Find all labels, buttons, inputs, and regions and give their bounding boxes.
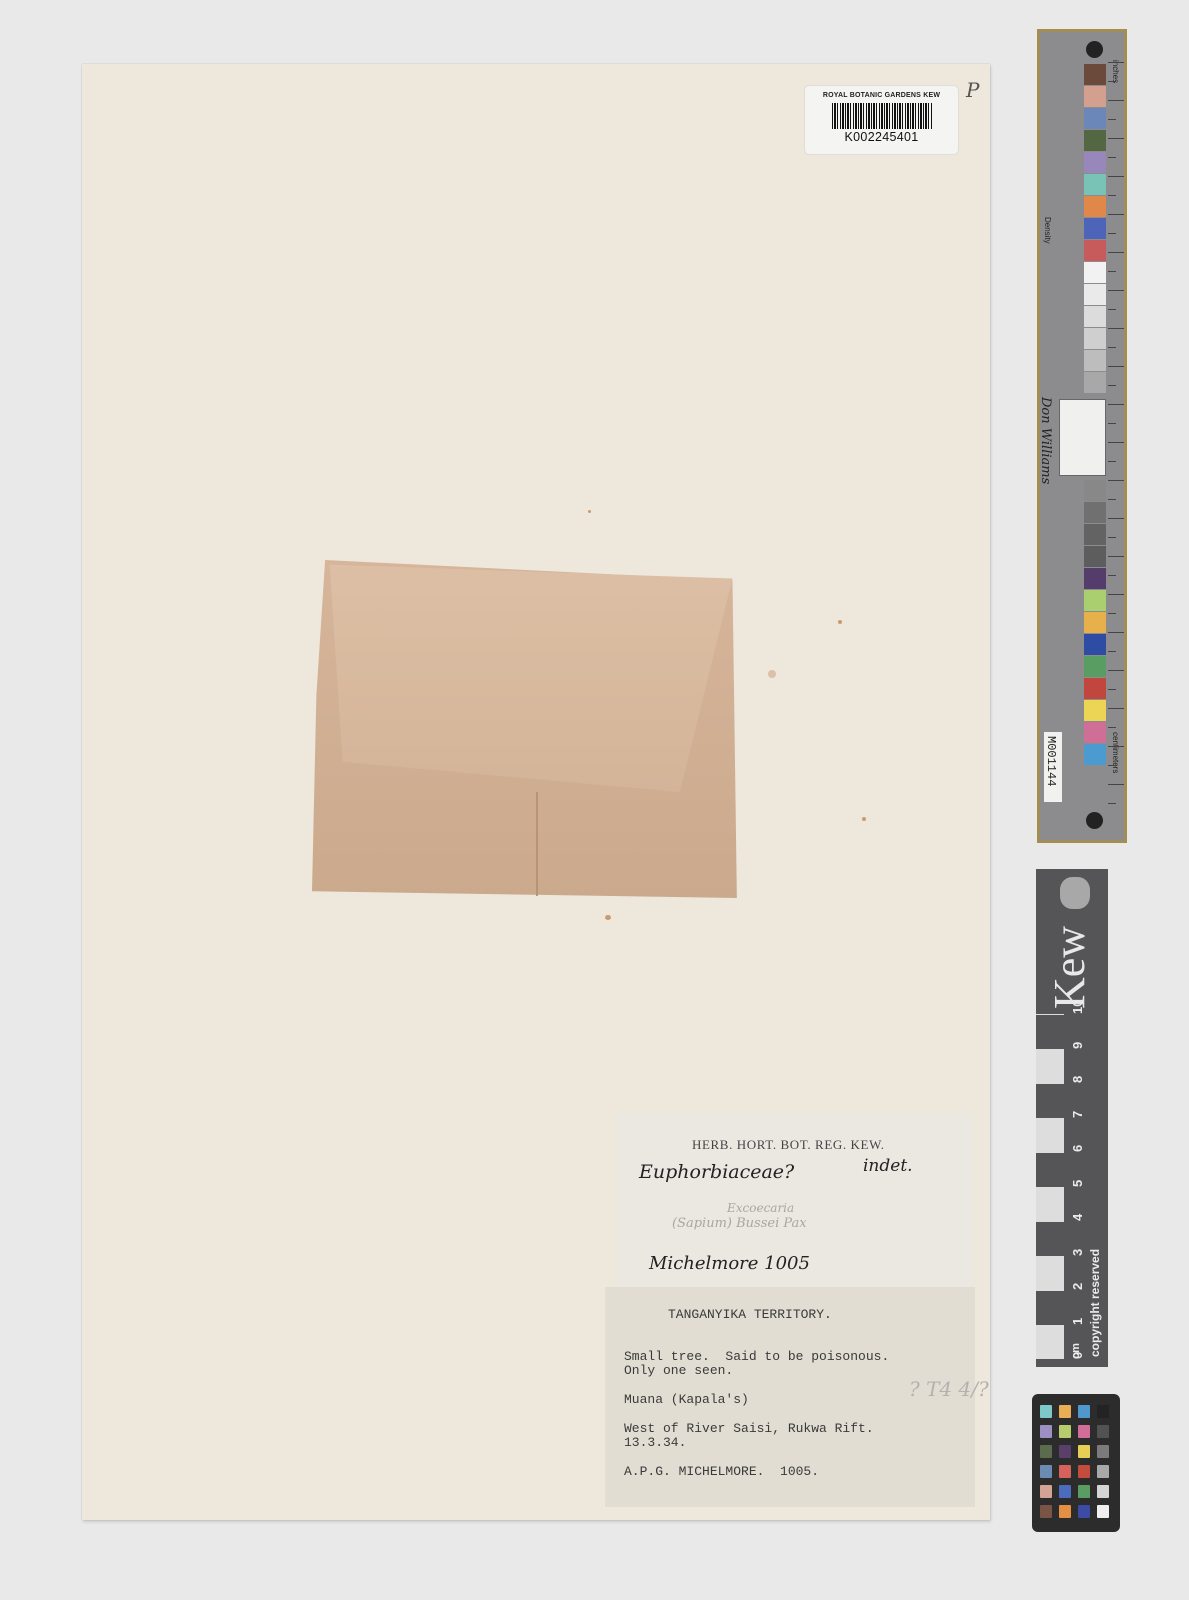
ruler-number: 0 bbox=[1070, 1352, 1085, 1359]
pencil-annotation: ? T4 4/? bbox=[909, 1377, 989, 1401]
determination-label: HERB. HORT. BOT. REG. KEW. Euphorbiaceae… bbox=[617, 1113, 972, 1286]
territory-heading: TANGANYIKA TERRITORY. bbox=[668, 1308, 832, 1322]
previous-name-line2: (Sapium) Bussei Pax bbox=[672, 1216, 807, 1231]
ruler-tick bbox=[1108, 575, 1116, 576]
checker-patch bbox=[1097, 1505, 1109, 1518]
color-swatch bbox=[1084, 634, 1106, 655]
corner-pencil-mark: P bbox=[966, 78, 979, 102]
ruler-segment bbox=[1036, 1049, 1064, 1084]
color-swatch bbox=[1084, 108, 1106, 129]
color-swatch bbox=[1084, 130, 1106, 151]
ruler-tick bbox=[1108, 404, 1124, 405]
color-swatch bbox=[1084, 678, 1106, 699]
ruler-tick bbox=[1108, 195, 1116, 196]
ruler-tick bbox=[1108, 537, 1116, 538]
ruler-number: 2 bbox=[1070, 1283, 1085, 1290]
ruler-tick bbox=[1108, 423, 1116, 424]
strip-hole-icon bbox=[1086, 812, 1103, 829]
stain-speck bbox=[768, 670, 776, 678]
ruler-number: 9 bbox=[1070, 1041, 1085, 1048]
ruler-tick bbox=[1108, 556, 1124, 557]
ruler-segment bbox=[1036, 1083, 1064, 1118]
checker-patch bbox=[1059, 1425, 1071, 1438]
color-swatch bbox=[1084, 722, 1106, 743]
ruler-tick bbox=[1108, 784, 1124, 785]
density-label: Density bbox=[1043, 217, 1052, 244]
checker-patch bbox=[1097, 1425, 1109, 1438]
strip-id-label: M001144 bbox=[1044, 732, 1062, 802]
ruler-segment bbox=[1036, 1014, 1064, 1049]
ruler-tick bbox=[1108, 746, 1124, 747]
habit-line1: Small tree. Said to be poisonous. bbox=[624, 1350, 889, 1364]
ruler-tick bbox=[1108, 727, 1116, 728]
determination-text: Euphorbiaceae? bbox=[639, 1161, 794, 1183]
ruler-segment bbox=[1036, 1290, 1064, 1325]
collector-number: Michelmore 1005 bbox=[649, 1253, 810, 1274]
brand-label: Don Williams bbox=[1038, 397, 1053, 484]
ruler-number: 7 bbox=[1070, 1110, 1085, 1117]
specimen-packet bbox=[312, 560, 750, 898]
habit-line2: Only one seen. bbox=[624, 1364, 733, 1378]
ruler-tick bbox=[1108, 176, 1124, 177]
ruler-tick bbox=[1108, 480, 1124, 481]
checker-patch bbox=[1040, 1505, 1052, 1518]
ruler-tick bbox=[1108, 651, 1116, 652]
checker-patch bbox=[1078, 1445, 1090, 1458]
locality-line: West of River Saisi, Rukwa Rift. bbox=[624, 1422, 874, 1436]
ruler-number: 6 bbox=[1070, 1145, 1085, 1152]
stain-speck bbox=[838, 620, 842, 624]
kew-logo: Kew bbox=[1044, 926, 1095, 1009]
ruler-number: 10 bbox=[1070, 1000, 1085, 1014]
determination-note: indet. bbox=[863, 1156, 913, 1176]
collection-date: 13.3.34. bbox=[624, 1436, 686, 1450]
vernacular-name: Muana (Kapala's) bbox=[624, 1393, 749, 1407]
stain-speck bbox=[605, 915, 611, 920]
ruler-tick bbox=[1108, 309, 1116, 310]
barcode-icon bbox=[832, 103, 932, 129]
ruler-tick bbox=[1108, 689, 1116, 690]
color-swatch bbox=[1084, 700, 1106, 721]
ruler-tick bbox=[1108, 81, 1116, 82]
ruler-tick bbox=[1108, 613, 1116, 614]
color-swatch bbox=[1084, 612, 1106, 633]
color-swatch bbox=[1084, 152, 1106, 173]
ruler-number: 5 bbox=[1070, 1179, 1085, 1186]
checker-patch bbox=[1040, 1405, 1052, 1418]
color-swatch bbox=[1084, 350, 1106, 371]
ruler-tick bbox=[1108, 499, 1116, 500]
color-swatch bbox=[1084, 568, 1106, 589]
color-swatch bbox=[1084, 262, 1106, 283]
barcode-number: K002245401 bbox=[805, 130, 958, 144]
stain-speck bbox=[862, 817, 866, 821]
color-swatch bbox=[1084, 64, 1106, 85]
checker-patch bbox=[1059, 1445, 1071, 1458]
ruler-tick bbox=[1108, 518, 1124, 519]
royal-crest-icon bbox=[1060, 877, 1090, 909]
centimeters-label: centimeters bbox=[1111, 732, 1120, 773]
ruler-tick bbox=[1108, 271, 1116, 272]
checker-patch bbox=[1040, 1425, 1052, 1438]
resolution-target bbox=[1059, 399, 1106, 476]
checker-patch bbox=[1059, 1465, 1071, 1478]
ruler-tick bbox=[1108, 138, 1124, 139]
ruler-number: 3 bbox=[1070, 1248, 1085, 1255]
ruler-tick bbox=[1108, 594, 1124, 595]
color-swatch bbox=[1084, 590, 1106, 611]
checker-patch bbox=[1078, 1405, 1090, 1418]
ruler-tick bbox=[1108, 385, 1116, 386]
inches-label: inches bbox=[1111, 60, 1120, 83]
previous-name-line1: Excoecaria bbox=[727, 1201, 794, 1215]
checker-patch bbox=[1040, 1445, 1052, 1458]
color-swatch bbox=[1084, 284, 1106, 305]
ruler-number: 4 bbox=[1070, 1214, 1085, 1221]
ruler-number: 8 bbox=[1070, 1076, 1085, 1083]
color-swatch bbox=[1084, 372, 1106, 393]
checker-patch bbox=[1078, 1465, 1090, 1478]
ruler-tick bbox=[1108, 290, 1124, 291]
color-swatch bbox=[1084, 240, 1106, 261]
ruler-tick bbox=[1108, 670, 1124, 671]
checker-patch bbox=[1059, 1505, 1071, 1518]
packet-flap bbox=[312, 560, 750, 792]
checker-patch bbox=[1059, 1485, 1071, 1498]
color-swatch bbox=[1084, 306, 1106, 327]
ruler-tick bbox=[1108, 803, 1116, 804]
institution-name: ROYAL BOTANIC GARDENS KEW bbox=[805, 92, 958, 99]
checker-patch bbox=[1097, 1405, 1109, 1418]
ruler-tick bbox=[1108, 442, 1124, 443]
color-swatch bbox=[1084, 546, 1106, 567]
ruler-tick bbox=[1108, 765, 1116, 766]
ruler-tick bbox=[1108, 157, 1116, 158]
color-swatch bbox=[1084, 328, 1106, 349]
ruler-tick bbox=[1108, 233, 1116, 234]
ruler-tick bbox=[1108, 708, 1124, 709]
ruler-tick bbox=[1108, 461, 1116, 462]
color-calibration-strip: inches Density Don Williams centimeters … bbox=[1037, 29, 1127, 843]
color-swatch bbox=[1084, 174, 1106, 195]
herbarium-header: HERB. HORT. BOT. REG. KEW. bbox=[692, 1137, 885, 1153]
checker-patch bbox=[1078, 1505, 1090, 1518]
kew-scale-bar: Kew copyright reserved cm 012345678910 bbox=[1036, 869, 1108, 1367]
checker-patch bbox=[1040, 1485, 1052, 1498]
packet-seam bbox=[536, 792, 538, 896]
collector-name: A.P.G. MICHELMORE. 1005. bbox=[624, 1465, 819, 1479]
checker-patch bbox=[1097, 1485, 1109, 1498]
color-swatch bbox=[1084, 524, 1106, 545]
ruler-number: 1 bbox=[1070, 1317, 1085, 1324]
checker-patch bbox=[1078, 1485, 1090, 1498]
ruler-tick bbox=[1108, 347, 1116, 348]
copyright-label: copyright reserved bbox=[1088, 1249, 1102, 1357]
ruler-segment bbox=[1036, 1118, 1064, 1153]
color-checker-card bbox=[1032, 1394, 1120, 1532]
color-swatch bbox=[1084, 502, 1106, 523]
ruler-tick bbox=[1108, 62, 1124, 63]
ruler-tick bbox=[1108, 632, 1124, 633]
ruler-tick bbox=[1108, 119, 1116, 120]
strip-hole-icon bbox=[1086, 41, 1103, 58]
checker-patch bbox=[1040, 1465, 1052, 1478]
ruler-segment bbox=[1036, 1187, 1064, 1222]
checker-patch bbox=[1059, 1405, 1071, 1418]
ruler-tick bbox=[1108, 100, 1124, 101]
checker-patch bbox=[1097, 1465, 1109, 1478]
stain-speck bbox=[588, 510, 591, 513]
barcode-label: ROYAL BOTANIC GARDENS KEW K002245401 bbox=[805, 86, 958, 154]
centimeter-ruler bbox=[1036, 1014, 1064, 1359]
ruler-segment bbox=[1036, 1152, 1064, 1187]
ruler-tick bbox=[1108, 214, 1124, 215]
color-swatch bbox=[1084, 744, 1106, 765]
ruler-segment bbox=[1036, 1325, 1064, 1360]
color-swatch bbox=[1084, 656, 1106, 677]
color-swatch bbox=[1084, 196, 1106, 217]
color-swatch bbox=[1084, 86, 1106, 107]
ruler-segment bbox=[1036, 1256, 1064, 1291]
ruler-tick bbox=[1108, 328, 1124, 329]
checker-patch bbox=[1078, 1425, 1090, 1438]
ruler-tick bbox=[1108, 366, 1124, 367]
ruler-tick bbox=[1108, 252, 1124, 253]
checker-patch bbox=[1097, 1445, 1109, 1458]
color-swatch bbox=[1084, 218, 1106, 239]
ruler-segment bbox=[1036, 1221, 1064, 1256]
color-swatch bbox=[1084, 480, 1106, 501]
